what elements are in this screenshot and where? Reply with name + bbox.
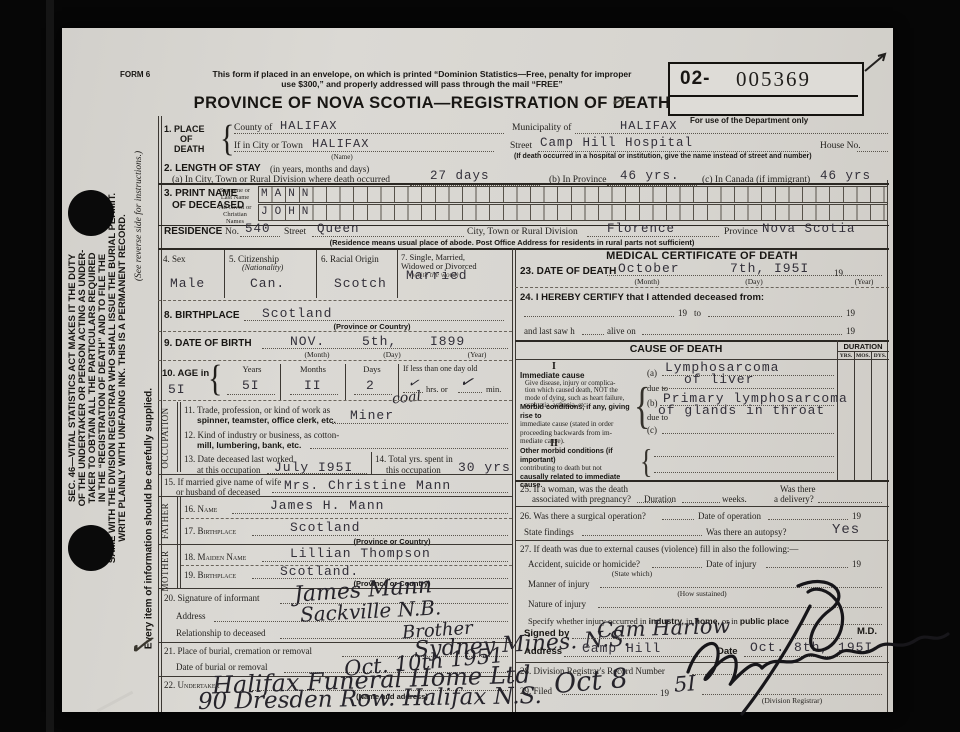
paper-sheet: FORM 6 SEC. 46—VITAL STATISTICS ACT MAKE… — [62, 28, 893, 712]
birthdate-month: NOV. — [290, 334, 325, 349]
q24-aliveon: alive on — [607, 326, 636, 336]
age-value: 5I — [168, 382, 186, 397]
pre19: 19 — [852, 511, 861, 521]
punch-hole — [68, 525, 114, 571]
q25-wasthere: Was there — [780, 484, 816, 494]
pre19: 19 — [834, 268, 843, 278]
q27-manner: Manner of injury — [528, 579, 589, 589]
q15-value: Mrs. Christine Mann — [284, 478, 451, 493]
label-line: All Given or — [214, 204, 256, 211]
marital-value: Married — [406, 268, 468, 283]
dotted-line — [312, 236, 464, 237]
q25-weeks: weeks. — [722, 494, 747, 504]
label-line: 1. PLACE — [164, 124, 205, 134]
desc-line: proceeding backwards from im- — [520, 429, 638, 438]
rule — [177, 544, 178, 588]
dotted-line — [682, 502, 720, 503]
dotted-line — [660, 405, 834, 406]
sidebar-duty-text: SEC. 46—VITAL STATISTICS ACT MAKES IT TH… — [68, 85, 128, 671]
q27-date-injury: Date of injury — [706, 559, 756, 569]
rule — [158, 544, 512, 545]
dotted-line — [332, 423, 508, 424]
informant-address-label: Address — [176, 611, 206, 621]
pre19: 19 — [846, 326, 855, 336]
q27-accident: Accident, suicide or homicide? — [528, 559, 640, 569]
rule — [158, 474, 512, 475]
dotted-line — [587, 236, 719, 237]
scanned-death-registration: FORM 6 SEC. 46—VITAL STATISTICS ACT MAKE… — [0, 0, 960, 732]
age-label: 10. AGE in — [162, 368, 209, 379]
q23-label: 23. DATE OF DEATH — [520, 266, 616, 277]
birthdate-year: I899 — [430, 334, 465, 349]
rule — [224, 250, 225, 298]
residence-no-value: 540 — [245, 222, 271, 236]
racial-origin-value: Scotch — [334, 276, 387, 291]
years-value: 5I — [242, 378, 260, 393]
rule — [515, 506, 889, 507]
dotted-line — [818, 502, 882, 503]
q11-label2: spinner, teamster, office clerk, etc. — [197, 415, 336, 425]
q29-label: 29. Filed — [520, 686, 552, 696]
dotted-line — [232, 513, 508, 514]
stay-b-value: 46 yrs. — [620, 169, 680, 183]
municipality-label: Municipality of — [512, 123, 571, 133]
birthplace-label: 8. BIRTHPLACE — [164, 310, 240, 321]
months-label: Months — [287, 364, 339, 374]
birthplace-value: Scotland — [262, 306, 332, 321]
hrs-label: hrs. or — [426, 384, 448, 394]
street-label: Street — [510, 141, 532, 151]
residence-no-label: No. — [225, 227, 239, 237]
q11-label1: 11. Trade, profession, or kind of work a… — [184, 405, 330, 415]
father-bp-label: 17. Birthplace — [184, 526, 236, 536]
q12-label1: 12. Kind of industry or business, as cot… — [184, 430, 339, 440]
pre19: 19 — [852, 559, 861, 569]
q11-value: Miner — [350, 408, 394, 423]
rule — [177, 402, 178, 472]
rule — [280, 364, 281, 400]
desc-line: Give disease, injury or complica- — [525, 380, 637, 387]
dotted-line — [654, 472, 834, 473]
dashed-line — [515, 287, 889, 288]
q25-l2: associated with pregnancy? — [532, 494, 631, 504]
label-line: Surname or — [216, 187, 254, 194]
q24-to: to — [694, 308, 701, 318]
desc-line: immediate cause (stated in order — [520, 420, 638, 429]
county-label: County of — [234, 123, 272, 133]
mother-bp-value: Scotland. — [280, 564, 359, 579]
q26-autopsy-value: Yes — [832, 522, 860, 538]
dotted-line — [227, 394, 275, 395]
rule — [837, 351, 889, 352]
brace: { — [640, 443, 652, 482]
informant-rel-label: Relationship to deceased — [176, 628, 265, 638]
residence-province-value: Nova Scotia — [762, 222, 856, 236]
registrar-signature-scrawl — [680, 576, 960, 716]
rule — [180, 496, 181, 544]
envelope-note-line2: use $300,” and properly addressed will p… — [212, 79, 632, 89]
mother-bp-label: 19. Birthplace — [184, 570, 236, 580]
rule — [515, 340, 889, 342]
burial-label: 21. Place of burial, cremation or remova… — [164, 646, 312, 656]
desc-line: Morbid conditions, if any, giving rise t… — [520, 403, 638, 420]
brace: { — [220, 118, 234, 161]
residence-province-label: Province — [724, 227, 758, 237]
given-letter-grid — [258, 204, 888, 221]
rule — [854, 351, 855, 480]
dotted-line — [766, 567, 848, 568]
dotted-line — [652, 567, 702, 568]
duration-header: DURATION — [837, 342, 889, 351]
q27-l1: 27. If death was due to external causes … — [520, 544, 798, 554]
residence-sub: (Residence means usual place of abode. P… — [252, 238, 772, 247]
rule — [177, 496, 178, 544]
occupation-vertical-label: OCCUPATION — [160, 403, 170, 473]
q27-which: (State which) — [582, 569, 682, 578]
q12-label2: mill, lumbering, bank, etc. — [197, 440, 301, 450]
pre19: 19 — [660, 688, 669, 698]
dotted-line — [662, 388, 834, 389]
rule — [837, 340, 838, 480]
informant-label: 20. Signature of informant — [164, 593, 259, 603]
q26-findings: State findings — [524, 527, 574, 537]
q14-value: 30 yrs — [458, 460, 511, 475]
residence-street-value: Queen — [317, 222, 360, 236]
surname-value: MANN — [261, 188, 315, 200]
rule — [371, 452, 372, 474]
dotted-line — [607, 275, 882, 276]
dotted-line — [234, 133, 504, 134]
q25-l1: 25. If a woman, was the death — [520, 484, 628, 494]
dotted-line — [458, 392, 482, 393]
dotted-line — [575, 133, 888, 134]
dotted-line — [240, 236, 280, 237]
mother-vertical-label: MOTHER — [160, 542, 170, 600]
desc-line: Other morbid conditions (if important) — [520, 447, 640, 464]
city-label: If in City or Town — [234, 141, 303, 151]
duty-line: WRITE PLAINLY WITH UNFADING INK. THIS IS… — [118, 85, 128, 671]
rule — [397, 250, 398, 298]
death-year-sub: (Year) — [844, 277, 884, 286]
q24-label: 24. I HEREBY CERTIFY that I attended dec… — [520, 292, 764, 303]
father-name-value: James H. Mann — [270, 498, 384, 513]
envelope-note-line1: This form if placed in an envelope, on w… — [212, 69, 632, 79]
residence-label: RESIDENCE — [164, 226, 222, 237]
name-sub: (Name) — [302, 153, 382, 161]
dotted-line — [310, 448, 508, 449]
q15-label1: 15. If married give name of wife — [164, 477, 281, 487]
rule — [670, 95, 858, 97]
municipality-value: HALIFAX — [620, 119, 677, 133]
reverse-side-note: (See reverse side for instructions.) — [134, 143, 144, 289]
sex-label: 4. Sex — [163, 254, 186, 264]
form-number: FORM 6 — [120, 70, 150, 79]
dashed-line — [158, 300, 512, 301]
rule — [180, 544, 181, 588]
q26-l1: 26. Was there a surgical operation? — [520, 511, 646, 521]
residence-division-value: Florence — [607, 222, 675, 236]
death-day: 7th, — [730, 261, 765, 276]
certifier-address-label: Address — [524, 646, 562, 657]
scan-edge-strip — [46, 0, 54, 732]
cause-a-label: (a) — [647, 368, 657, 378]
dotted-line — [582, 334, 604, 335]
surname-sub: Surname or Last Name — [216, 187, 254, 201]
dotted-line — [662, 519, 694, 520]
morbid-desc: Morbid conditions, if any, giving rise t… — [520, 403, 638, 446]
q24-lastsaw: and last saw h — [524, 326, 575, 336]
hand-note-coal: coal — [391, 389, 422, 408]
year-sub: (Year) — [457, 350, 497, 359]
death-month: October — [618, 261, 680, 276]
birthplace-sub: (Province or Country) — [292, 322, 452, 331]
registration-number: 005369 — [736, 67, 811, 92]
residence-division-label: City, Town or Rural Division — [467, 227, 578, 237]
county-value: HALIFAX — [280, 119, 337, 133]
dotted-line — [354, 394, 392, 395]
dashed-line — [181, 518, 512, 519]
birthdate-label: 9. DATE OF BIRTH — [164, 338, 252, 349]
rule — [345, 364, 346, 400]
pre19: 19 — [678, 308, 687, 318]
signed-by-label: Signed by — [524, 628, 569, 639]
cause-a2: of liver — [684, 372, 754, 387]
cause-b-label: (b) — [647, 398, 658, 408]
death-day-sub: (Day) — [734, 277, 774, 286]
house-no-label: House No. — [820, 141, 861, 151]
dotted-line — [582, 535, 702, 536]
q14-label1: 14. Total yrs. spent in — [375, 454, 453, 464]
q25-duration: Duration — [644, 494, 676, 504]
filed-date-hand: Oct 8 — [553, 663, 629, 700]
month-sub: (Month) — [292, 350, 342, 359]
rule — [316, 250, 317, 298]
father-name-label: 16. Name — [184, 504, 217, 514]
envelope-note: This form if placed in an envelope, on w… — [212, 69, 632, 89]
surname-letter-grid — [258, 186, 888, 203]
dotted-line — [524, 316, 674, 317]
mother-name-label: 18. Maiden Name — [184, 552, 246, 562]
pen-checkmark: ✓ — [458, 371, 475, 392]
desc-line: mediate cause). — [520, 437, 638, 446]
months-value: II — [304, 378, 322, 393]
dotted-line — [538, 151, 808, 152]
field1-label: 1. PLACE OF DEATH — [164, 124, 205, 154]
dotted-line — [262, 348, 508, 349]
desc-line: tion which caused death, NOT the — [525, 387, 637, 394]
stay-label-sub: (in years, months and days) — [270, 164, 369, 174]
pen-checkmark: ✓ — [126, 626, 156, 664]
medical-title: MEDICAL CERTIFICATE OF DEATH — [515, 250, 889, 262]
citizenship-sub: (Nationality) — [242, 263, 283, 272]
street-sub: (If death occurred in a hospital or inst… — [514, 153, 812, 160]
dotted-line — [654, 456, 834, 457]
death-year: I95I — [774, 261, 809, 276]
death-month-sub: (Month) — [622, 277, 672, 286]
dotted-line — [662, 433, 834, 434]
dotted-line — [768, 519, 848, 520]
rule — [158, 496, 512, 497]
citizenship-value: Can. — [250, 276, 285, 291]
dotted-line — [857, 151, 888, 152]
mother-name-value: Lillian Thompson — [290, 546, 431, 561]
dotted-line — [642, 334, 842, 335]
city-value: HALIFAX — [312, 137, 369, 151]
days-label: Days — [350, 364, 394, 374]
label-line: OF — [164, 134, 205, 144]
rule — [515, 540, 889, 541]
years-label: Years — [227, 364, 277, 374]
stay-c-value: 46 yrs — [820, 169, 871, 183]
given-value: JOHN — [261, 206, 315, 218]
dotted-line — [290, 394, 338, 395]
q26-date-label: Date of operation — [698, 511, 761, 521]
racial-origin-label: 6. Racial Origin — [321, 254, 379, 264]
brace: { — [208, 358, 222, 401]
stay-label: 2. LENGTH OF STAY — [164, 163, 261, 174]
dotted-line — [708, 316, 842, 317]
min-label: min. — [486, 384, 501, 394]
dashed-line — [158, 400, 512, 401]
pen-tick — [862, 52, 888, 74]
undertaker-address: 90 Dresden Row. Halifax N.S. — [198, 683, 542, 715]
label-line: Last Name — [216, 194, 254, 201]
label-line: DEATH — [164, 144, 205, 154]
registration-prefix: 02- — [680, 68, 710, 90]
cause-header: CAUSE OF DEATH — [515, 343, 837, 355]
pre19: 19 — [846, 308, 855, 318]
rule — [515, 480, 889, 482]
certifier-address: Camp Hill — [582, 641, 661, 656]
cause-c-label: (c) — [647, 425, 657, 435]
registration-number-box: 02- 005369 — [668, 62, 864, 116]
birthdate-day: 5th, — [362, 334, 397, 349]
dotted-line — [244, 320, 504, 321]
punch-hole — [68, 190, 114, 236]
dotted-line — [252, 535, 508, 536]
father-vertical-label: FATHER — [160, 496, 170, 546]
dashed-line — [158, 331, 512, 332]
department-only-note: For use of the Department only — [690, 116, 808, 125]
sex-value: Male — [170, 276, 205, 291]
street-value: Camp Hill Hospital — [540, 136, 693, 150]
residence-street-label: Street — [284, 227, 306, 237]
immediate-cause-label: Immediate cause — [520, 371, 584, 380]
stay-a-value: 27 days — [430, 169, 490, 183]
father-bp-value: Scotland — [290, 520, 360, 535]
due-to-2: due to — [647, 412, 668, 422]
q26-autopsy-label: Was there an autopsy? — [706, 527, 787, 537]
dotted-line — [262, 561, 508, 562]
days-value: 2 — [366, 378, 375, 393]
q27-nature: Nature of injury — [528, 599, 586, 609]
dotted-line — [272, 492, 508, 493]
day-sub: (Day) — [372, 350, 412, 359]
rule — [180, 402, 181, 472]
q25-delivery: a delivery? — [774, 494, 814, 504]
dotted-line — [234, 151, 494, 152]
rule — [871, 351, 872, 480]
